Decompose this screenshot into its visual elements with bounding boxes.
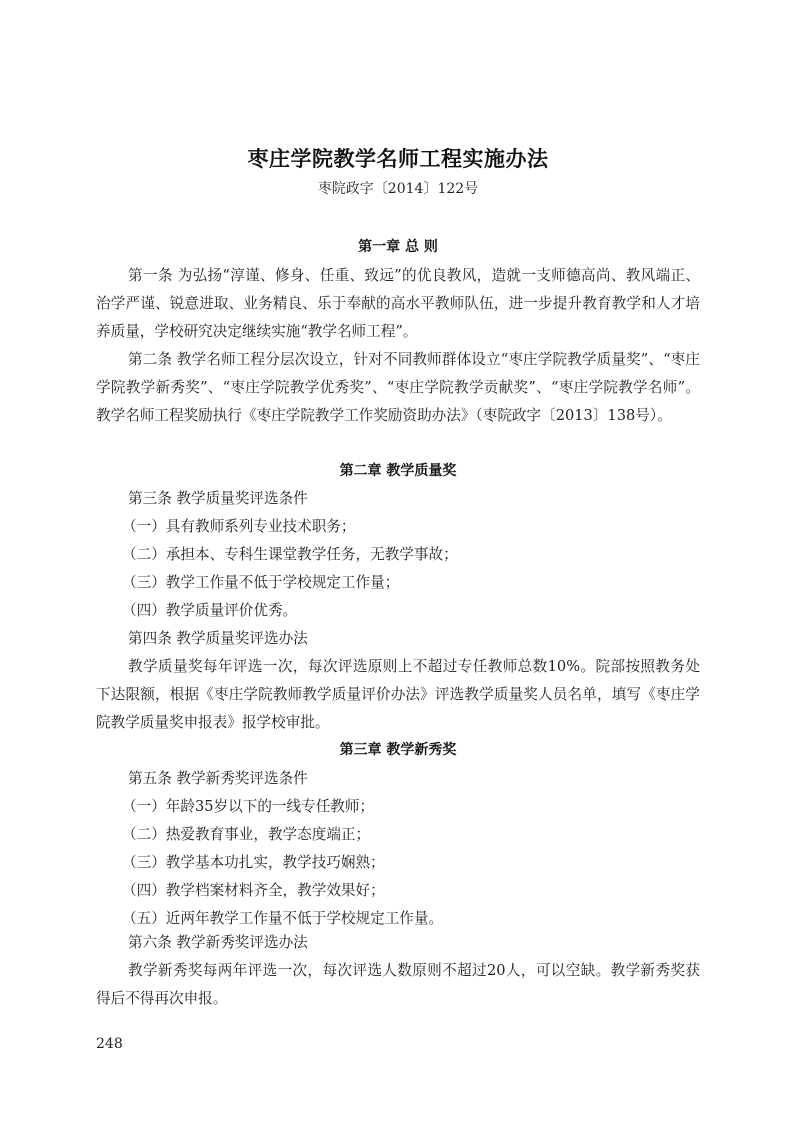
page-number: 248 bbox=[96, 1036, 123, 1052]
article-5-item-4: （四）教学档案材料齐全，教学效果好； bbox=[122, 877, 385, 905]
chapter-1-heading: 第一章 总 则 bbox=[96, 236, 700, 256]
article-3-item-4: （四）教学质量评价优秀。 bbox=[122, 597, 297, 625]
article-4-title: 第四条 教学质量奖评选办法 bbox=[128, 625, 308, 653]
article-5-item-3: （三）教学基本功扎实，教学技巧娴熟； bbox=[122, 849, 385, 877]
article-5-item-2: （二）热爱教育事业，教学态度端正； bbox=[122, 821, 370, 849]
article-4-body: 教学质量奖每年评选一次，每次评选原则上不超过专任教师总数10%。院部按照教务处下… bbox=[96, 653, 700, 737]
article-5-title: 第五条 教学新秀奖评选条件 bbox=[128, 765, 308, 793]
document-number: 枣院政字〔2014〕122号 bbox=[96, 178, 700, 198]
chapter-3-heading: 第三章 教学新秀奖 bbox=[96, 739, 700, 759]
article-2: 第二条 教学名师工程分层次设立，针对不同教师群体设立“枣庄学院教学质量奖”、“枣… bbox=[96, 346, 700, 430]
article-3-item-3: （三）教学工作量不低于学校规定工作量； bbox=[122, 569, 399, 597]
article-3-item-2: （二）承担本、专科生课堂教学任务，无教学事故； bbox=[122, 541, 458, 569]
document-title: 枣庄学院教学名师工程实施办法 bbox=[96, 143, 700, 173]
article-6-body: 教学新秀奖每两年评选一次，每次评选人数原则不超过20人，可以空缺。教学新秀奖获得… bbox=[96, 957, 700, 1013]
article-5-item-1: （一）年龄35岁以下的一线专任教师； bbox=[122, 793, 374, 821]
article-3-title: 第三条 教学质量奖评选条件 bbox=[128, 485, 308, 513]
article-6-title: 第六条 教学新秀奖评选办法 bbox=[128, 929, 308, 957]
article-1: 第一条 为弘扬“淳谨、修身、任重、致远”的优良教风，造就一支师德高尚、教风端正、… bbox=[96, 262, 700, 346]
chapter-2-heading: 第二章 教学质量奖 bbox=[96, 460, 700, 480]
article-3-item-1: （一）具有教师系列专业技术职务； bbox=[122, 513, 356, 541]
